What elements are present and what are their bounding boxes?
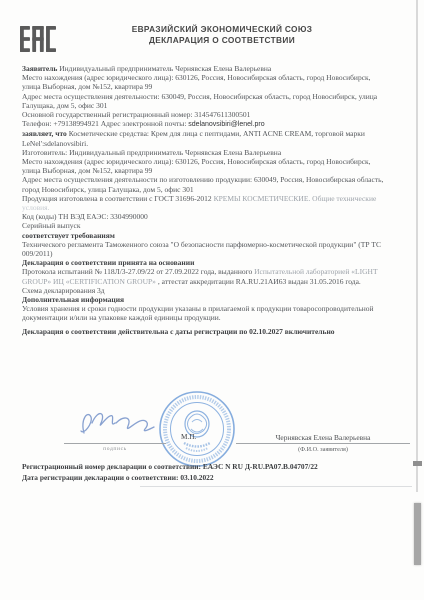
- signature-caption: подпись: [64, 446, 166, 452]
- scan-artifact: [414, 503, 421, 565]
- registration-number-label: Регистрационный номер декларации о соотв…: [22, 462, 201, 471]
- text-segment: Код (коды) ТН ВЭД ЕАЭС: 3304990000: [22, 212, 148, 221]
- signature-line: [64, 443, 166, 444]
- union-title: ЕВРАЗИЙСКИЙ ЭКОНОМИЧЕСКИЙ СОЮЗ: [40, 24, 404, 35]
- document-line: заявляет, что Косметические средства: Кр…: [22, 129, 408, 138]
- text-segment: Серийный выпуск: [22, 221, 80, 230]
- document-line: Технического регламента Таможенного союз…: [22, 240, 408, 249]
- registration-date-line: Дата регистрации декларации о соответств…: [22, 473, 214, 482]
- applicant-name-caption: (Ф.И.О. заявителя): [236, 446, 410, 453]
- document-line: Изготовитель: Индивидуальный предпринима…: [22, 148, 408, 157]
- document-line: улица Выборная, дом №152, квартира 99: [22, 166, 408, 175]
- text-segment: Адрес места осуществления деятельности: …: [22, 92, 377, 101]
- document-line: документации и/или на упаковке каждой ед…: [22, 313, 408, 322]
- text-segment: Условия хранения и сроки годности продук…: [22, 304, 374, 313]
- text-segment: Место нахождения (адрес юридического лиц…: [22, 157, 371, 166]
- registration-date-label: Дата регистрации декларации о соответств…: [22, 473, 178, 482]
- text-segment: Протокола испытаний № 118Л/3-27.09/22 от…: [22, 267, 254, 276]
- document-line: Место нахождения (адрес юридического лиц…: [22, 73, 408, 82]
- text-segment: Галущака, дом 5, офис 301: [22, 101, 107, 110]
- document-line: Место нахождения (адрес юридического лиц…: [22, 157, 408, 166]
- round-stamp-icon: [156, 389, 238, 469]
- registration-number-line: Регистрационный номер декларации о соотв…: [22, 462, 318, 471]
- text-segment: Адрес места осуществления деятельности п…: [22, 175, 383, 184]
- document-line: Заявитель Индивидуальный предприниматель…: [22, 64, 408, 73]
- text-segment: Испытательной лабораторией «LIGHT: [254, 267, 377, 276]
- document-line: Условия хранения и сроки годности продук…: [22, 304, 408, 313]
- applicant-name-line: [236, 443, 410, 444]
- document-line: Декларация о соответствии принята на осн…: [22, 258, 408, 267]
- text-segment: документации и/или на упаковке каждой ед…: [22, 313, 221, 322]
- text-segment: Декларация о соответствии принята на осн…: [22, 258, 194, 267]
- text-segment: sdelanovsibiri@lenel.pro: [188, 121, 264, 128]
- scan-artifact: [413, 461, 422, 466]
- text-segment: город Новосибирск, улица Галущака, дом 5…: [22, 185, 194, 194]
- document-line: Дополнительная информация: [22, 295, 408, 304]
- document-line: улица Выборная, дом №152, квартира 99: [22, 82, 408, 91]
- text-segment: Основной государственный регистрационный…: [22, 110, 250, 119]
- document-line: город Новосибирск, улица Галущака, дом 5…: [22, 185, 408, 194]
- text-segment: Косметические средства: Крем для лица с …: [69, 129, 365, 138]
- document-line: Код (коды) ТН ВЭД ЕАЭС: 3304990000: [22, 212, 408, 221]
- text-segment: Заявитель: [22, 64, 59, 73]
- registration-date-value: 03.10.2022: [180, 473, 213, 482]
- document-line: GROUP» ИЦ «CERTIFICATION GROUP» , аттест…: [22, 277, 408, 286]
- text-segment: улица Выборная, дом №152, квартира 99: [22, 82, 152, 91]
- text-segment: Телефон: +79138994921 Адрес электронной …: [22, 119, 188, 128]
- text-segment: Изготовитель: Индивидуальный предпринима…: [22, 148, 281, 157]
- text-segment: Место нахождения (адрес юридического лиц…: [22, 73, 371, 82]
- document-line: Адрес места осуществления деятельности: …: [22, 92, 408, 101]
- text-segment: заявляет, что: [22, 129, 69, 138]
- text-segment: GROUP» ИЦ «CERTIFICATION GROUP»: [22, 277, 158, 286]
- text-segment: Схема декларирования 3д: [22, 286, 105, 295]
- stamp-place-label: М.П.: [181, 433, 196, 441]
- document-line: Основной государственный регистрационный…: [22, 110, 408, 119]
- document-line: LeNel':sdelanovsibiri.: [22, 139, 408, 148]
- divider: [140, 486, 412, 487]
- document-line: условия.: [22, 203, 408, 212]
- document-line: Схема декларирования 3д: [22, 286, 408, 295]
- document-line: соответствует требованиям: [22, 231, 408, 240]
- text-segment: улица Выборная, дом №152, квартира 99: [22, 166, 152, 175]
- text-segment: LeNel':sdelanovsibiri.: [22, 139, 88, 148]
- document-line: Продукция изготовлена в соответствии с Г…: [22, 194, 408, 203]
- text-segment: Технического регламента Таможенного союз…: [22, 240, 381, 249]
- text-segment: условия.: [22, 203, 49, 212]
- registration-number-value: ЕАЭС N RU Д-RU.РА07.В.04707/22: [203, 462, 318, 471]
- document-body: Заявитель Индивидуальный предприниматель…: [22, 64, 408, 323]
- document-title: ЕВРАЗИЙСКИЙ ЭКОНОМИЧЕСКИЙ СОЮЗ ДЕКЛАРАЦИ…: [40, 24, 404, 46]
- text-segment: 009/2011): [22, 249, 53, 258]
- declaration-document-page: ЕВРАЗИЙСКИЙ ЭКОНОМИЧЕСКИЙ СОЮЗ ДЕКЛАРАЦИ…: [0, 0, 424, 600]
- text-segment: КРЕМЫ КОСМЕТИЧЕСКИЕ. Общие технические: [214, 194, 377, 203]
- text-segment: соответствует требованиям: [22, 231, 115, 240]
- document-line: 009/2011): [22, 249, 408, 258]
- document-line: Протокола испытаний № 118Л/3-27.09/22 от…: [22, 267, 408, 276]
- scan-artifact: [416, 0, 418, 492]
- document-line: Серийный выпуск: [22, 221, 408, 230]
- text-segment: , аттестат аккредитации RA.RU.21АИ63 выд…: [158, 277, 361, 286]
- signature-icon: [70, 405, 162, 443]
- document-line: Галущака, дом 5, офис 301: [22, 101, 408, 110]
- applicant-name: Чернявская Елена Валерьевна: [237, 433, 409, 442]
- text-segment: Продукция изготовлена в соответствии с Г…: [22, 194, 214, 203]
- declaration-title: ДЕКЛАРАЦИЯ О СООТВЕТСТВИИ: [40, 35, 404, 46]
- text-segment: Дополнительная информация: [22, 295, 124, 304]
- document-line: Адрес места осуществления деятельности п…: [22, 175, 408, 184]
- text-segment: Индивидуальный предприниматель Чернявска…: [59, 64, 271, 73]
- document-line: Телефон: +79138994921 Адрес электронной …: [22, 119, 408, 129]
- validity-statement: Декларация о соответствии действительна …: [22, 327, 412, 336]
